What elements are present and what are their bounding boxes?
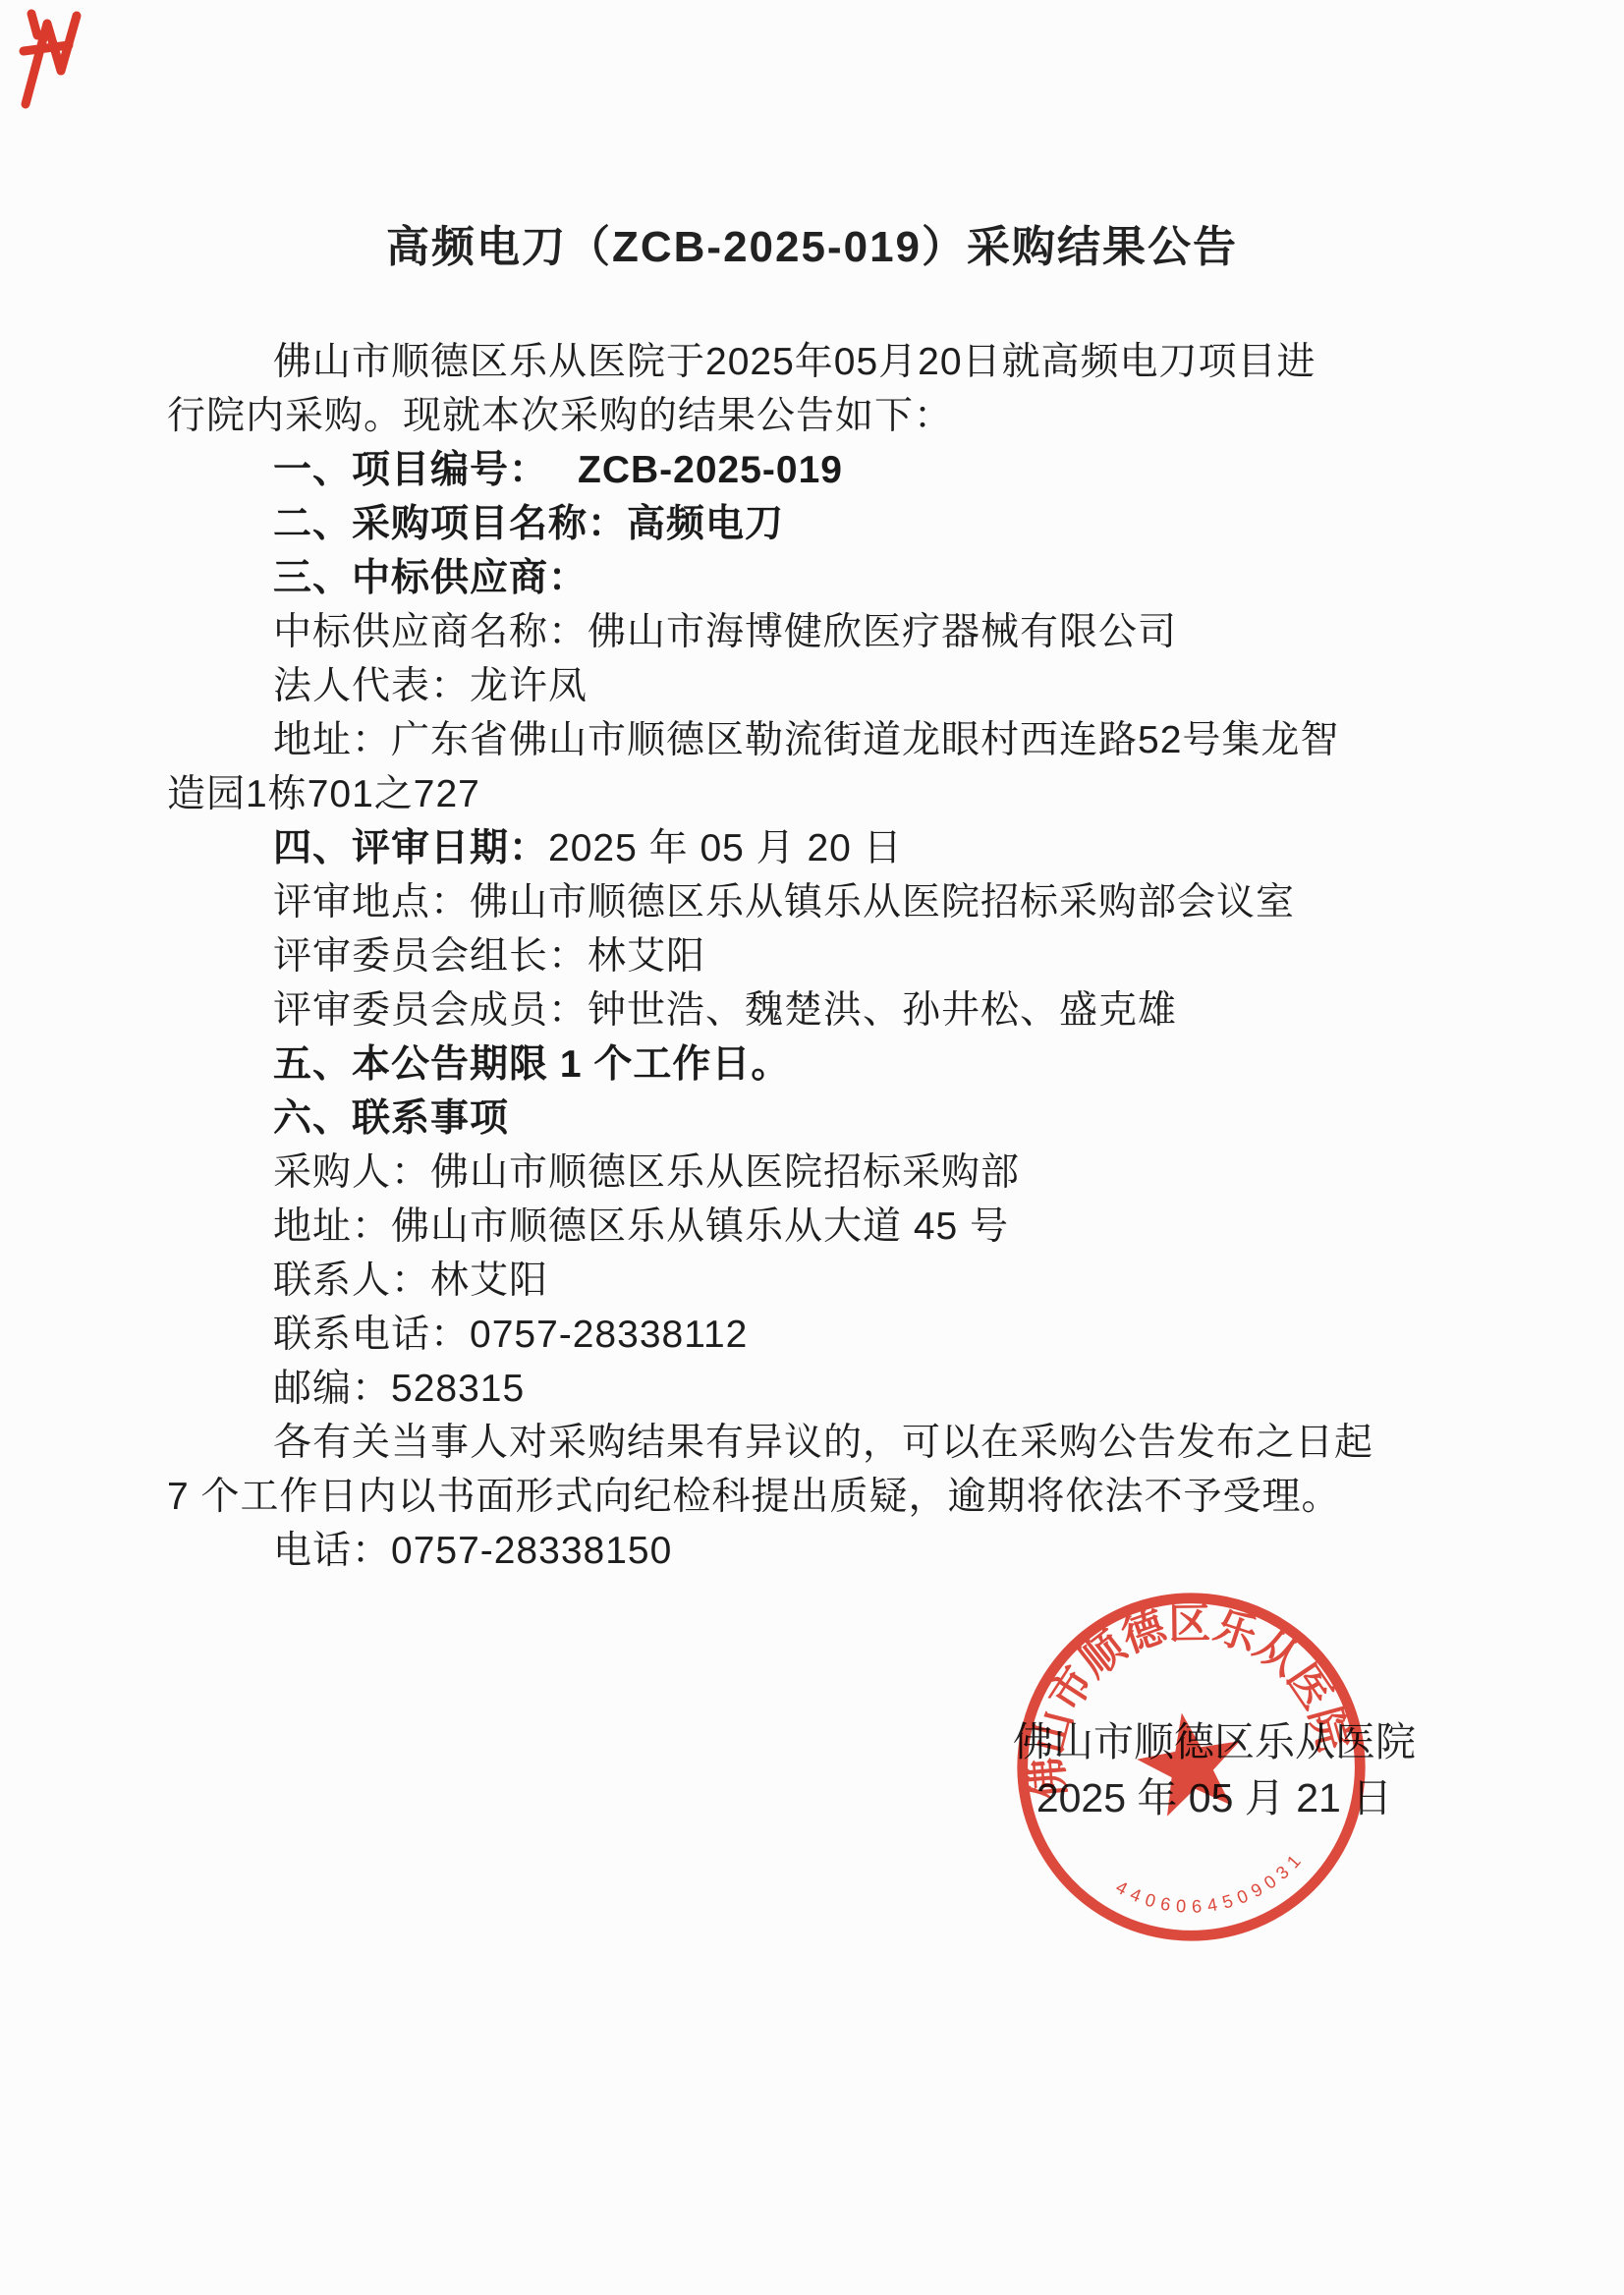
- red-ink-mark: [18, 6, 106, 119]
- contact-phone-line: 联系电话：0757-28338112: [167, 1308, 1457, 1362]
- review-committee-leader-line: 评审委员会组长：林艾阳: [167, 929, 1457, 983]
- supplier-name-line: 中标供应商名称：佛山市海博健欣医疗器械有限公司: [167, 605, 1457, 659]
- seal-serial-number: 4406064509031: [1110, 1844, 1316, 1931]
- official-seal-icon: 佛山市顺德区乐从医院 4406064509031: [983, 1559, 1399, 1975]
- item-project-name: 二、采购项目名称：高频电刀: [167, 497, 1457, 551]
- svg-text:4406064509031: 4406064509031: [1110, 1844, 1316, 1931]
- item-review-date: 四、评审日期：2025 年 05 月 20 日: [167, 821, 1457, 875]
- document-page: 高频电刀（ZCB-2025-019）采购结果公告 佛山市顺德区乐从医院于2025…: [0, 0, 1624, 2295]
- document-title: 高频电刀（ZCB-2025-019）采购结果公告: [0, 211, 1624, 274]
- item-project-number-value: ZCB-2025-019: [578, 449, 843, 491]
- item-winning-supplier-heading: 三、中标供应商：: [167, 551, 1457, 605]
- item-project-number: 一、项目编号：ZCB-2025-019: [167, 443, 1457, 497]
- intro-line-2: 行院内采购。现就本次采购的结果公告如下：: [167, 389, 1457, 443]
- legal-representative-line: 法人代表：龙许凤: [167, 659, 1457, 713]
- supplier-address-line-1: 地址：广东省佛山市顺德区勒流街道龙眼村西连路52号集龙智: [167, 713, 1457, 767]
- review-location-line: 评审地点：佛山市顺德区乐从镇乐从医院招标采购部会议室: [167, 875, 1457, 929]
- review-committee-members-line: 评审委员会成员：钟世浩、魏楚洪、孙井松、盛克雄: [167, 983, 1457, 1037]
- red-ink-mark-icon: [18, 6, 106, 114]
- item-project-number-label: 一、项目编号：: [273, 449, 548, 491]
- official-seal: 佛山市顺德区乐从医院 4406064509031: [983, 1559, 1399, 1975]
- discipline-phone-line: 电话：0757-28338150: [167, 1524, 1457, 1578]
- item-contact-heading: 六、联系事项: [167, 1092, 1457, 1146]
- star-icon: [1130, 1704, 1250, 1819]
- contact-person-line: 联系人：林艾阳: [167, 1254, 1457, 1308]
- supplier-address-line-2: 造园1栋701之727: [167, 767, 1457, 821]
- item-review-date-label: 四、评审日期：: [273, 827, 548, 869]
- postal-code-line: 邮编：528315: [167, 1362, 1457, 1416]
- objection-notice-line-2: 7 个工作日内以书面形式向纪检科提出质疑，逾期将依法不予受理。: [167, 1470, 1457, 1524]
- purchaser-address-line: 地址：佛山市顺德区乐从镇乐从大道 45 号: [167, 1200, 1457, 1254]
- document-body: 佛山市顺德区乐从医院于2025年05月20日就高频电刀项目进 行院内采购。现就本…: [167, 335, 1457, 1578]
- objection-notice-line-1: 各有关当事人对采购结果有异议的，可以在采购公告发布之日起: [167, 1416, 1457, 1470]
- purchaser-line: 采购人：佛山市顺德区乐从医院招标采购部: [167, 1146, 1457, 1200]
- item-review-date-value: 2025 年 05 月 20 日: [548, 827, 903, 869]
- intro-line-1: 佛山市顺德区乐从医院于2025年05月20日就高频电刀项目进: [167, 335, 1457, 389]
- item-announcement-period: 五、本公告期限 1 个工作日。: [167, 1037, 1457, 1092]
